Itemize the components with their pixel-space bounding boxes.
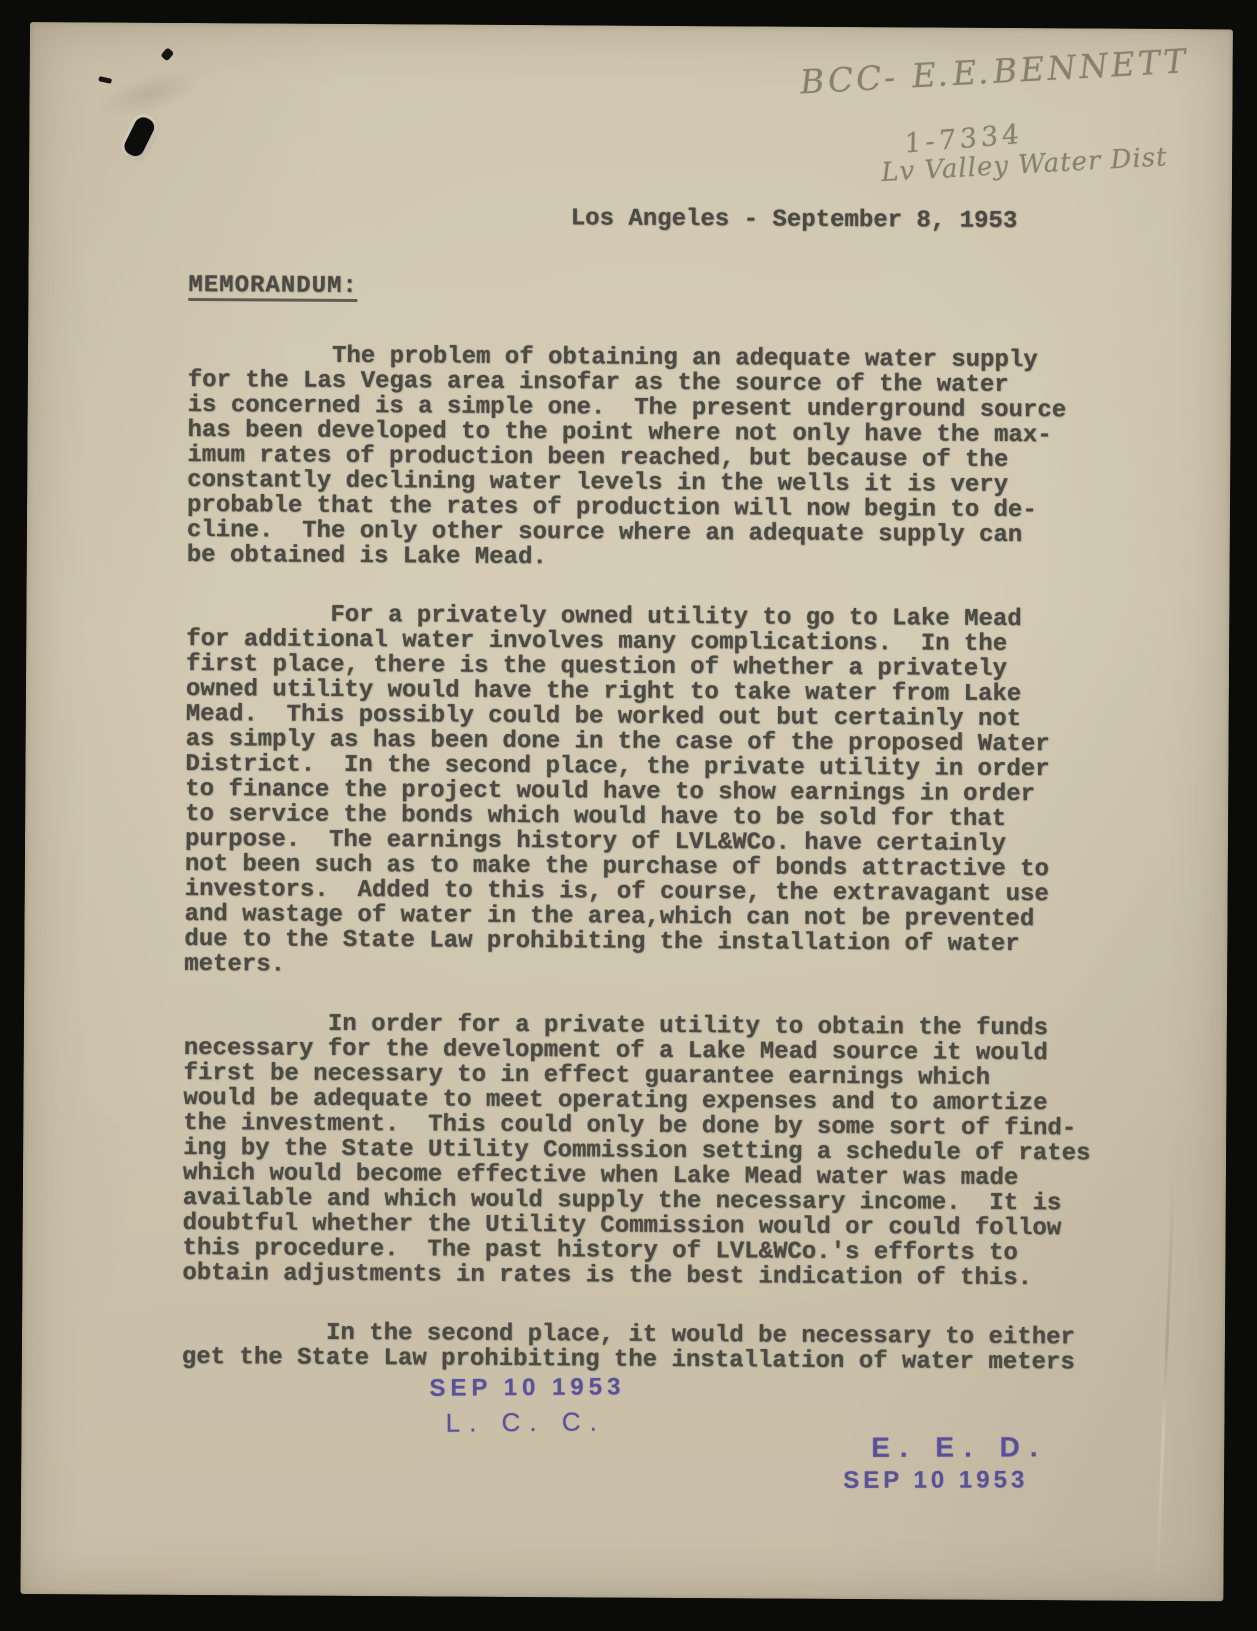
- memo-paragraph-1: The problem of obtaining an adequate wat…: [187, 343, 1168, 574]
- memo-paragraph-4: In the second place, it would be necessa…: [182, 1320, 1162, 1376]
- memo-paragraph-3: In order for a private utility to obtain…: [182, 1011, 1164, 1292]
- stamp-org: L. C. C.: [446, 1406, 626, 1438]
- memo-dateline: Los Angeles - September 8, 1953: [571, 206, 1018, 234]
- stamp-initials: E. E. D.: [871, 1431, 1048, 1463]
- stamp-date: SEP 10 1953: [429, 1373, 625, 1403]
- paper-scuff: [84, 40, 226, 137]
- received-stamp-lcc: SEP 10 1953 L. C. C.: [429, 1373, 626, 1439]
- handwritten-bcc-annotation: BCC- E.E.BENNETT: [798, 41, 1191, 102]
- memorandum-heading: MEMORANDUM:: [188, 273, 358, 302]
- document-page: BCC- E.E.BENNETT 1-7334 Lv Valley Water …: [20, 22, 1233, 1601]
- received-stamp-eed: E. E. D. SEP 10 1953: [843, 1431, 1048, 1495]
- memo-body: The problem of obtaining an adequate wat…: [182, 343, 1168, 1410]
- memo-paragraph-2: For a privately owned utility to go to L…: [184, 602, 1166, 983]
- scan-background: { "annotations": { "bcc": "BCC- E.E.BENN…: [0, 0, 1257, 1631]
- stamp-date: SEP 10 1953: [843, 1466, 1048, 1495]
